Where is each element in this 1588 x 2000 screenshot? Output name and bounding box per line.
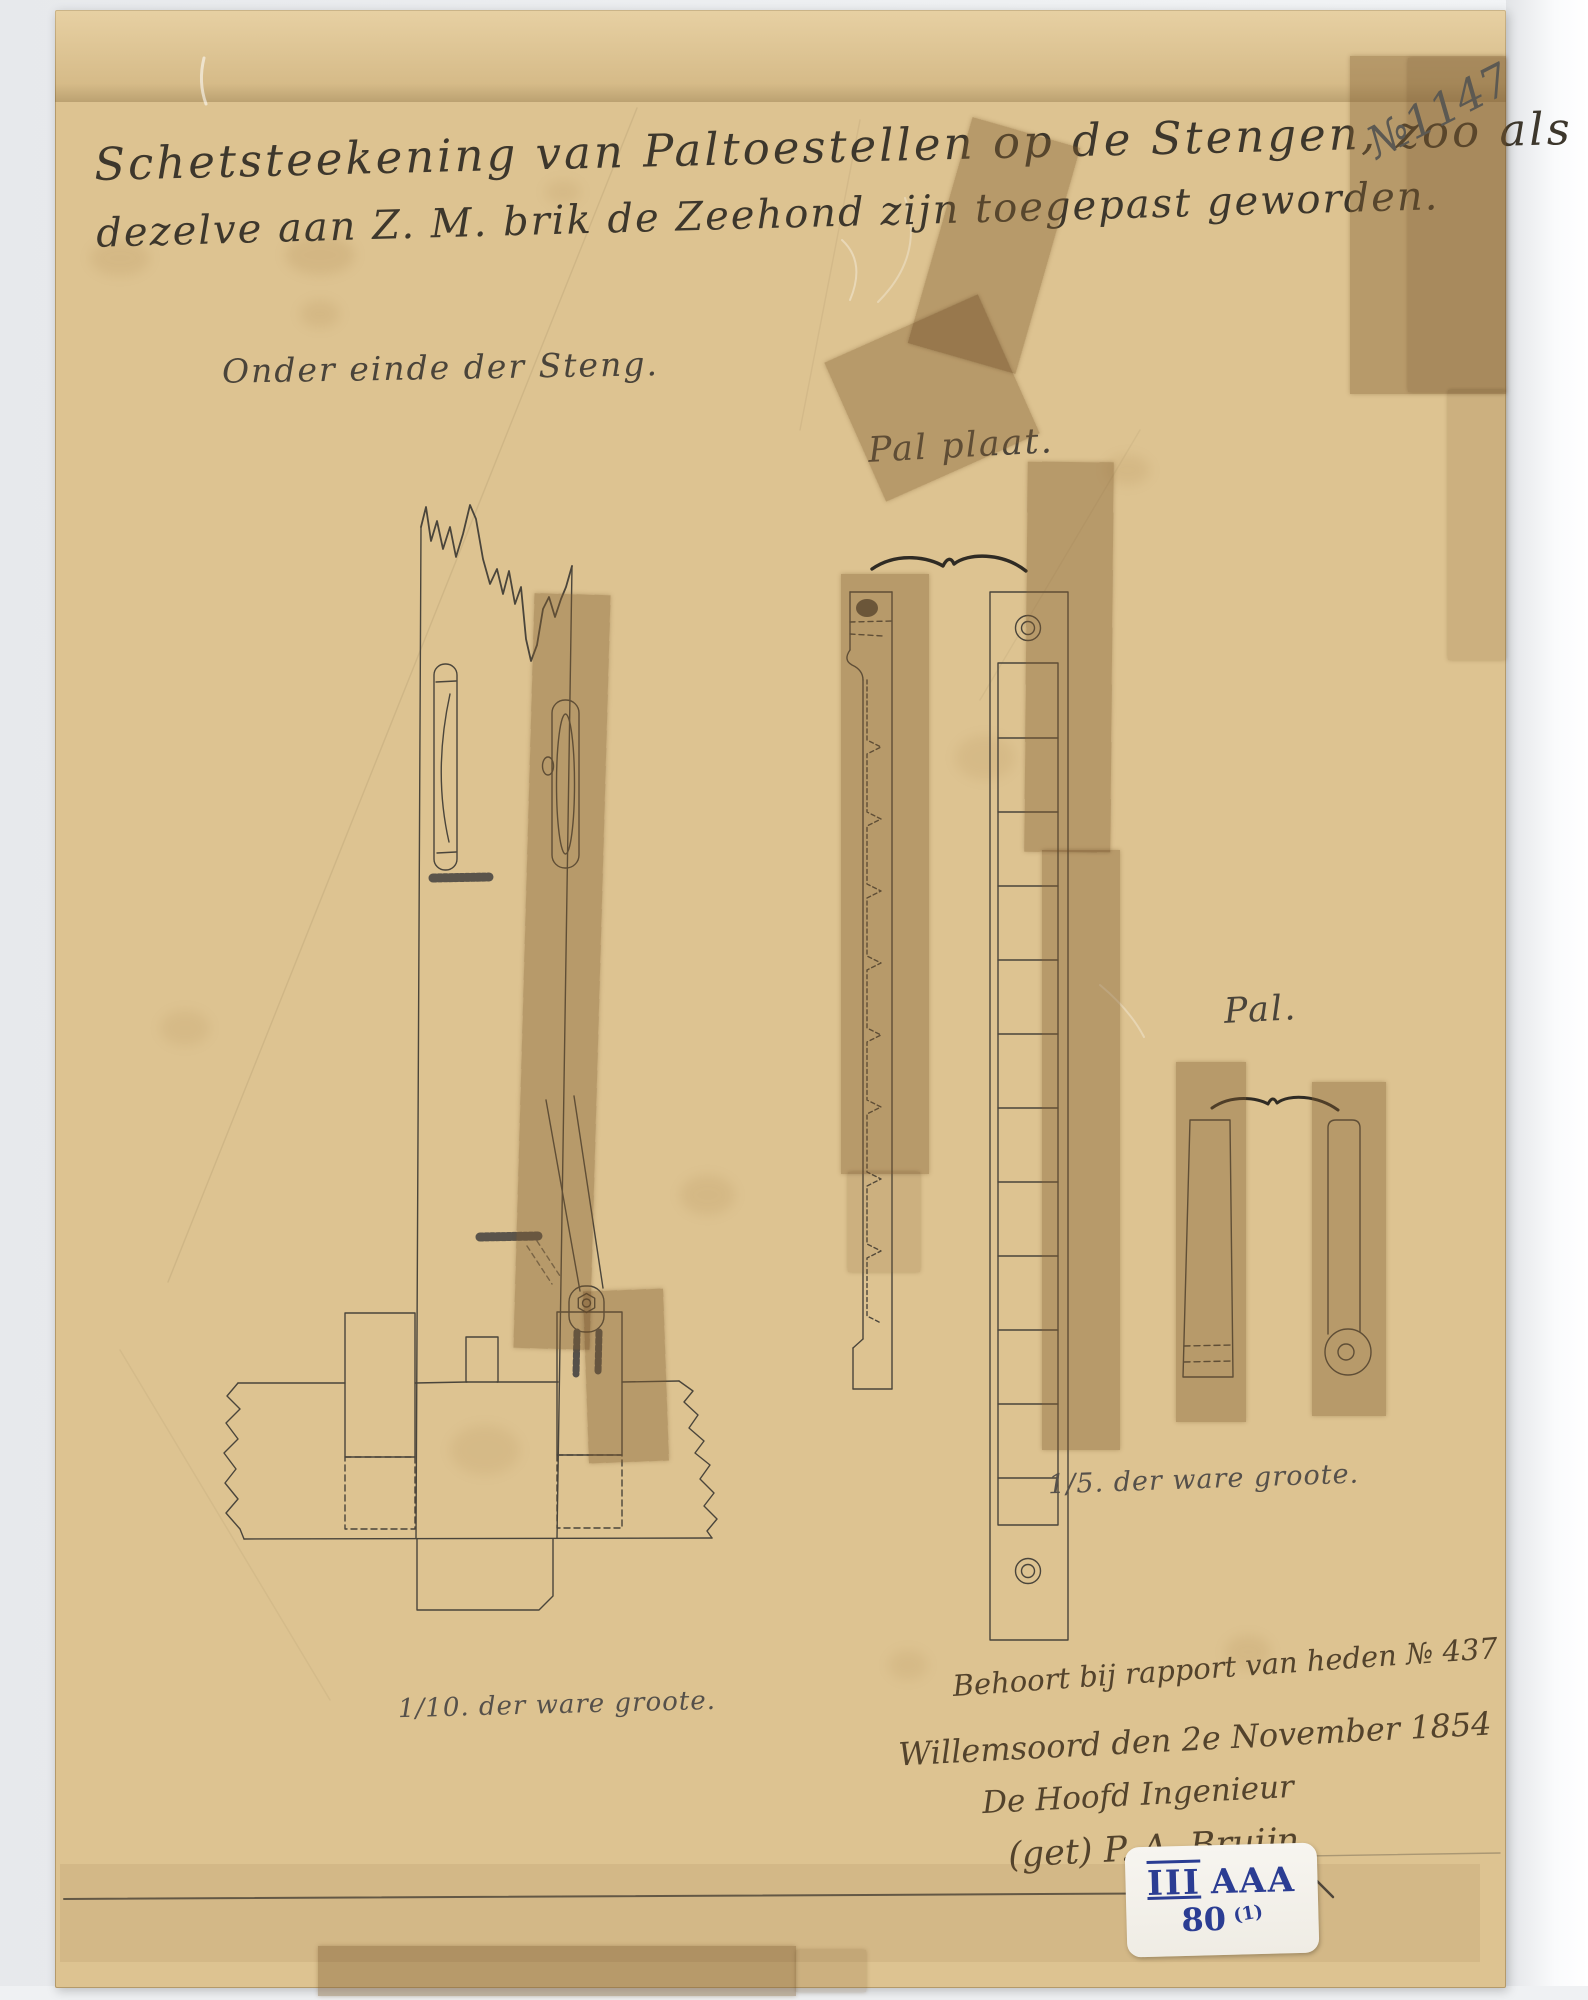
sticker-number: 80 bbox=[1181, 1900, 1227, 1939]
stain bbox=[160, 1010, 210, 1046]
archive-sticker: III AAA 80 (1) bbox=[1125, 1843, 1320, 1958]
sticker-roman-numeral: III bbox=[1147, 1863, 1202, 1904]
stain bbox=[300, 300, 340, 328]
label-pal: Pal. bbox=[1223, 988, 1298, 1032]
scan-backing-bottom bbox=[0, 1986, 1588, 2000]
stain bbox=[888, 1650, 928, 1680]
stain bbox=[450, 1425, 520, 1475]
label-onder-einde-der-steng: Onder einde der Steng. bbox=[222, 344, 660, 391]
sticker-suffix: (1) bbox=[1232, 1901, 1265, 1927]
paper-top-crease-band bbox=[55, 10, 1506, 102]
scan-backing-right bbox=[1506, 0, 1588, 2000]
scanned-archival-drawing: { "document": { "archive_number_pencil":… bbox=[0, 0, 1588, 2000]
sticker-letters: AAA bbox=[1210, 1860, 1296, 1902]
stain bbox=[1105, 455, 1150, 485]
stain bbox=[680, 1175, 735, 1215]
stain bbox=[955, 735, 1015, 780]
